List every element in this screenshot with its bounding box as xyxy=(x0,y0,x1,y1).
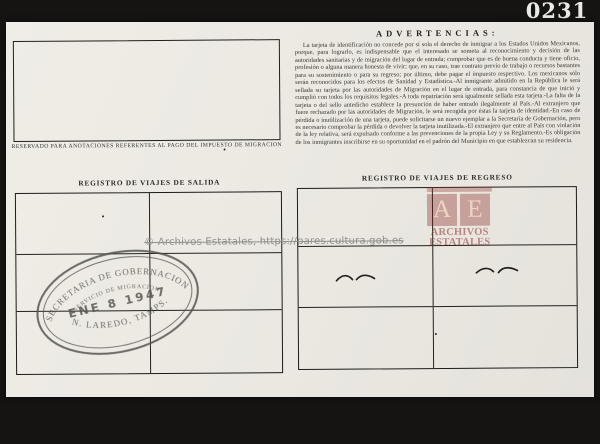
salida-table-title: REGISTRO DE VIAJES DE SALIDA xyxy=(15,177,284,188)
scan-corner-number: 0231 xyxy=(520,0,594,22)
identification-card-back: RESERVADO PARA ANOTACIONES REFERENTES AL… xyxy=(6,22,594,397)
tax-annotations-box xyxy=(13,39,281,142)
ae-logo-caption-line2: ESTATALES xyxy=(427,238,492,248)
table-cell xyxy=(434,306,577,368)
ae-logo-letter-e: E xyxy=(460,194,490,226)
dust-speck xyxy=(435,333,437,335)
advertencias-body: La tarjeta de identificación no concede … xyxy=(295,40,581,146)
ink-mark xyxy=(334,270,378,284)
table-cell xyxy=(299,307,434,369)
ae-logo-letter-a: A xyxy=(427,194,457,226)
tax-annotations-caption: RESERVADO PARA ANOTACIONES REFERENTES AL… xyxy=(12,142,270,150)
advertencias-title: ADVERTENCIAS: xyxy=(295,27,580,39)
ae-logo-letter-blocks: A E xyxy=(427,194,492,226)
regreso-table-title: REGISTRO DE VIAJES DE REGRESO xyxy=(297,172,578,183)
dust-speck xyxy=(102,215,104,217)
dust-speck xyxy=(224,149,226,151)
ae-logo-topbar xyxy=(427,187,492,192)
ink-mark xyxy=(474,263,520,277)
card-content: RESERVADO PARA ANOTACIONES REFERENTES AL… xyxy=(5,20,596,399)
archivos-estatales-logo: A E ARCHIVOS ESTATALES xyxy=(427,187,492,248)
advertencias-section: ADVERTENCIAS: La tarjeta de identificaci… xyxy=(295,27,581,146)
ae-logo-caption: ARCHIVOS ESTATALES xyxy=(427,228,492,248)
